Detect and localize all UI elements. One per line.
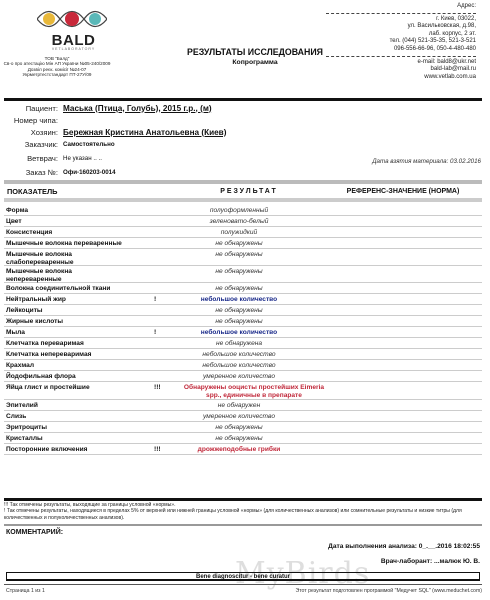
table-row: Кристаллыне обнаружены	[4, 433, 482, 444]
row-flag	[154, 238, 179, 240]
row-indicator: Волокна соединительной ткани	[4, 283, 154, 293]
row-flag	[154, 360, 179, 362]
order-row: Заказ №: Офи-160203-0014	[6, 166, 116, 178]
row-flag	[154, 283, 179, 285]
address-line: тел. (044) 521-35-35, 521-3-521	[316, 38, 476, 46]
customer-row: Заказчик: Самостоятельно	[6, 138, 115, 150]
analysis-date: Дата выполнения анализа: 0_.__.2016 18:0…	[328, 543, 480, 550]
chip-row: Номер чипа:	[6, 114, 63, 126]
results-table-header: ПОКАЗАТЕЛЬ РЕЗУЛЬТАТ РЕФЕРЕНС-ЗНАЧЕНИЕ (…	[4, 180, 482, 202]
address-line: 096-556-66-96, 050-4-480-480	[316, 46, 476, 54]
row-flag	[154, 216, 179, 218]
row-result: умеренное количество	[179, 411, 299, 421]
divider	[4, 98, 482, 101]
row-flag	[154, 400, 179, 402]
table-row: Посторонние включения!!!дрожжеподобные г…	[4, 444, 482, 455]
table-row: Мышечные волокна слабопереваренныене обн…	[4, 249, 482, 266]
table-row: Мышечные волокна непереваренныене обнару…	[4, 266, 482, 283]
row-result: не обнаружены	[179, 422, 299, 432]
row-flag	[154, 433, 179, 435]
note-borderline: ! Так отмечены результаты, находящиеся в…	[4, 508, 482, 521]
row-result: не обнаружены	[179, 238, 299, 248]
row-result: не обнаружены	[179, 283, 299, 293]
table-row: Эритроцитыне обнаружены	[4, 422, 482, 433]
row-result: небольшое количество	[179, 360, 299, 370]
row-flag	[114, 249, 179, 251]
page-number: Страница 1 из 1	[6, 588, 45, 594]
table-row: Клетчатка непереваримаянебольшое количес…	[4, 349, 482, 360]
row-indicator: Нейтральный жир	[4, 294, 154, 304]
row-flag	[154, 338, 179, 340]
table-row: Формаполуоформленный	[4, 205, 482, 216]
address-line: ул. Васильковская, д.98,	[316, 23, 476, 31]
table-row: Яйца глист и простейшие!!!Обнаружены ооц…	[4, 382, 482, 400]
row-flag	[154, 371, 179, 373]
row-indicator: Цвет	[4, 216, 154, 226]
row-result: дрожжеподобные грибки	[179, 444, 299, 454]
customer-value: Самостоятельно	[63, 141, 115, 148]
row-indicator: Яйца глист и простейшие	[4, 382, 154, 392]
address-line: лаб. корпус, 2 эт.	[316, 31, 476, 39]
table-row: Мыла!небольшое количество	[4, 327, 482, 338]
table-row: Жирные кислотыне обнаружены	[4, 316, 482, 327]
row-flag	[154, 316, 179, 318]
divider	[326, 13, 476, 14]
table-row: Клетчатка переваримаяне обнаружена	[4, 338, 482, 349]
row-flag: !	[154, 327, 179, 336]
row-flag	[154, 227, 179, 229]
lab-doctor: Врач-лаборант: ...малюк Ю. В.	[381, 558, 480, 565]
header-result: РЕЗУЛЬТАТ	[174, 188, 324, 195]
program-credit: Этот результат подготовлен программой "М…	[295, 588, 482, 594]
address-line: г. Киев, 03022,	[316, 16, 476, 24]
logo-icons	[37, 8, 107, 30]
address-block: Адрес: г. Киев, 03022, ул. Васильковская…	[316, 3, 476, 81]
order-value: Офи-160203-0014	[63, 169, 116, 176]
row-result: не обнаружены	[179, 305, 299, 315]
vet-label: Ветврач:	[6, 154, 58, 163]
row-indicator: Йодофильная флора	[4, 371, 154, 381]
owner-label: Хозяин:	[6, 128, 58, 137]
row-result: небольшое количество	[179, 294, 299, 304]
table-row: Слизьумеренное количество	[4, 411, 482, 422]
row-indicator: Посторонние включения	[4, 444, 154, 454]
row-result: не обнаружены	[179, 433, 299, 443]
row-indicator: Эпителий	[4, 400, 154, 410]
row-flag: !	[154, 294, 179, 303]
row-indicator: Мыла	[4, 327, 154, 337]
table-row: Цветзеленовато-белый	[4, 216, 482, 227]
motto: Bene diagnoscitur - bene curatur	[6, 572, 480, 581]
row-flag	[154, 205, 179, 207]
logo-subtitle: VETLABORATORY	[36, 47, 111, 51]
row-result: не обнаружены	[179, 266, 299, 276]
row-result: не обнаружен	[179, 400, 299, 410]
owner-value: Бережная Кристина Анатольевна (Киев)	[63, 128, 226, 137]
vet-row: Ветврач: Не указан .. ..	[6, 152, 102, 164]
email-1[interactable]: e-mail: bald8@ukr.net	[316, 59, 476, 67]
comment-label: КОММЕНТАРИЙ:	[4, 524, 482, 536]
row-indicator: Лейкоциты	[4, 305, 154, 315]
results-table: ФормаполуоформленныйЦветзеленовато-белый…	[4, 205, 482, 455]
patient-value: Маська (Птица, Голубь), 2015 г.р., (м)	[63, 104, 212, 113]
row-indicator: Мышечные волокна слабопереваренные	[4, 249, 114, 268]
row-result: не обнаружены	[179, 249, 299, 259]
row-indicator: Мышечные волокна непереваренные	[4, 266, 114, 285]
table-row: Эпителийне обнаружен	[4, 400, 482, 411]
table-row: Лейкоцитыне обнаружены	[4, 305, 482, 316]
row-result: Обнаружены ооцисты простейших Eimeria sp…	[179, 382, 329, 401]
company-info: ТОВ "Балд" Св-о про атестацію Мін АП Укр…	[2, 56, 112, 78]
email-2[interactable]: bald-lab@mail.ru	[316, 66, 476, 74]
row-result: небольшое количество	[179, 349, 299, 359]
table-row: Волокна соединительной тканине обнаружен…	[4, 283, 482, 294]
row-result: не обнаружена	[179, 338, 299, 348]
row-result: умеренное количество	[179, 371, 299, 381]
sample-date: Дата взятия материала: 03.02.2016	[372, 158, 481, 165]
row-result: полуоформленный	[179, 205, 299, 215]
row-flag: !!!	[154, 382, 179, 391]
table-row: Консистенцияполужидкий	[4, 227, 482, 238]
legend-notes: !!! Так отмечены результаты, выходящие з…	[4, 498, 482, 521]
address-label: Адрес:	[316, 3, 476, 11]
table-row: Нейтральный жир!небольшое количество	[4, 294, 482, 305]
table-row: Мышечные волокна переваренныене обнаруже…	[4, 238, 482, 249]
row-result: зеленовато-белый	[179, 216, 299, 226]
row-indicator: Форма	[4, 205, 154, 215]
divider	[4, 584, 482, 585]
owner-row: Хозяин: Бережная Кристина Анатольевна (К…	[6, 126, 226, 138]
row-indicator: Эритроциты	[4, 422, 154, 432]
row-result: не обнаружены	[179, 316, 299, 326]
patient-label: Пациент:	[6, 104, 58, 113]
row-indicator: Клетчатка переваримая	[4, 338, 154, 348]
row-indicator: Слизь	[4, 411, 154, 421]
row-flag	[114, 266, 179, 268]
row-indicator: Мышечные волокна переваренные	[4, 238, 154, 248]
order-label: Заказ №:	[6, 168, 58, 177]
row-flag	[154, 411, 179, 413]
row-result: полужидкий	[179, 227, 299, 237]
row-flag	[154, 349, 179, 351]
row-flag: !!!	[154, 444, 179, 453]
table-row: Крахмалнебольшое количество	[4, 360, 482, 371]
row-flag	[154, 422, 179, 424]
company-line: Укрметртестстандарт ПТ-27У/09	[2, 72, 112, 77]
customer-label: Заказчик:	[6, 140, 58, 149]
row-indicator: Кристаллы	[4, 433, 154, 443]
row-indicator: Жирные кислоты	[4, 316, 154, 326]
row-indicator: Консистенция	[4, 227, 154, 237]
patient-row: Пациент: Маська (Птица, Голубь), 2015 г.…	[6, 102, 212, 114]
website-link[interactable]: www.vetlab.com.ua	[316, 74, 476, 82]
row-result: небольшое количество	[179, 327, 299, 337]
header-reference: РЕФЕРЕНС-ЗНАЧЕНИЕ (НОРМА)	[324, 188, 482, 195]
row-flag	[154, 305, 179, 307]
row-indicator: Клетчатка непереваримая	[4, 349, 154, 359]
vet-value: Не указан .. ..	[63, 155, 102, 162]
header-indicator: ПОКАЗАТЕЛЬ	[4, 187, 174, 196]
table-row: Йодофильная флораумеренное количество	[4, 371, 482, 382]
chip-label: Номер чипа:	[6, 116, 58, 125]
row-indicator: Крахмал	[4, 360, 154, 370]
divider	[326, 56, 476, 57]
